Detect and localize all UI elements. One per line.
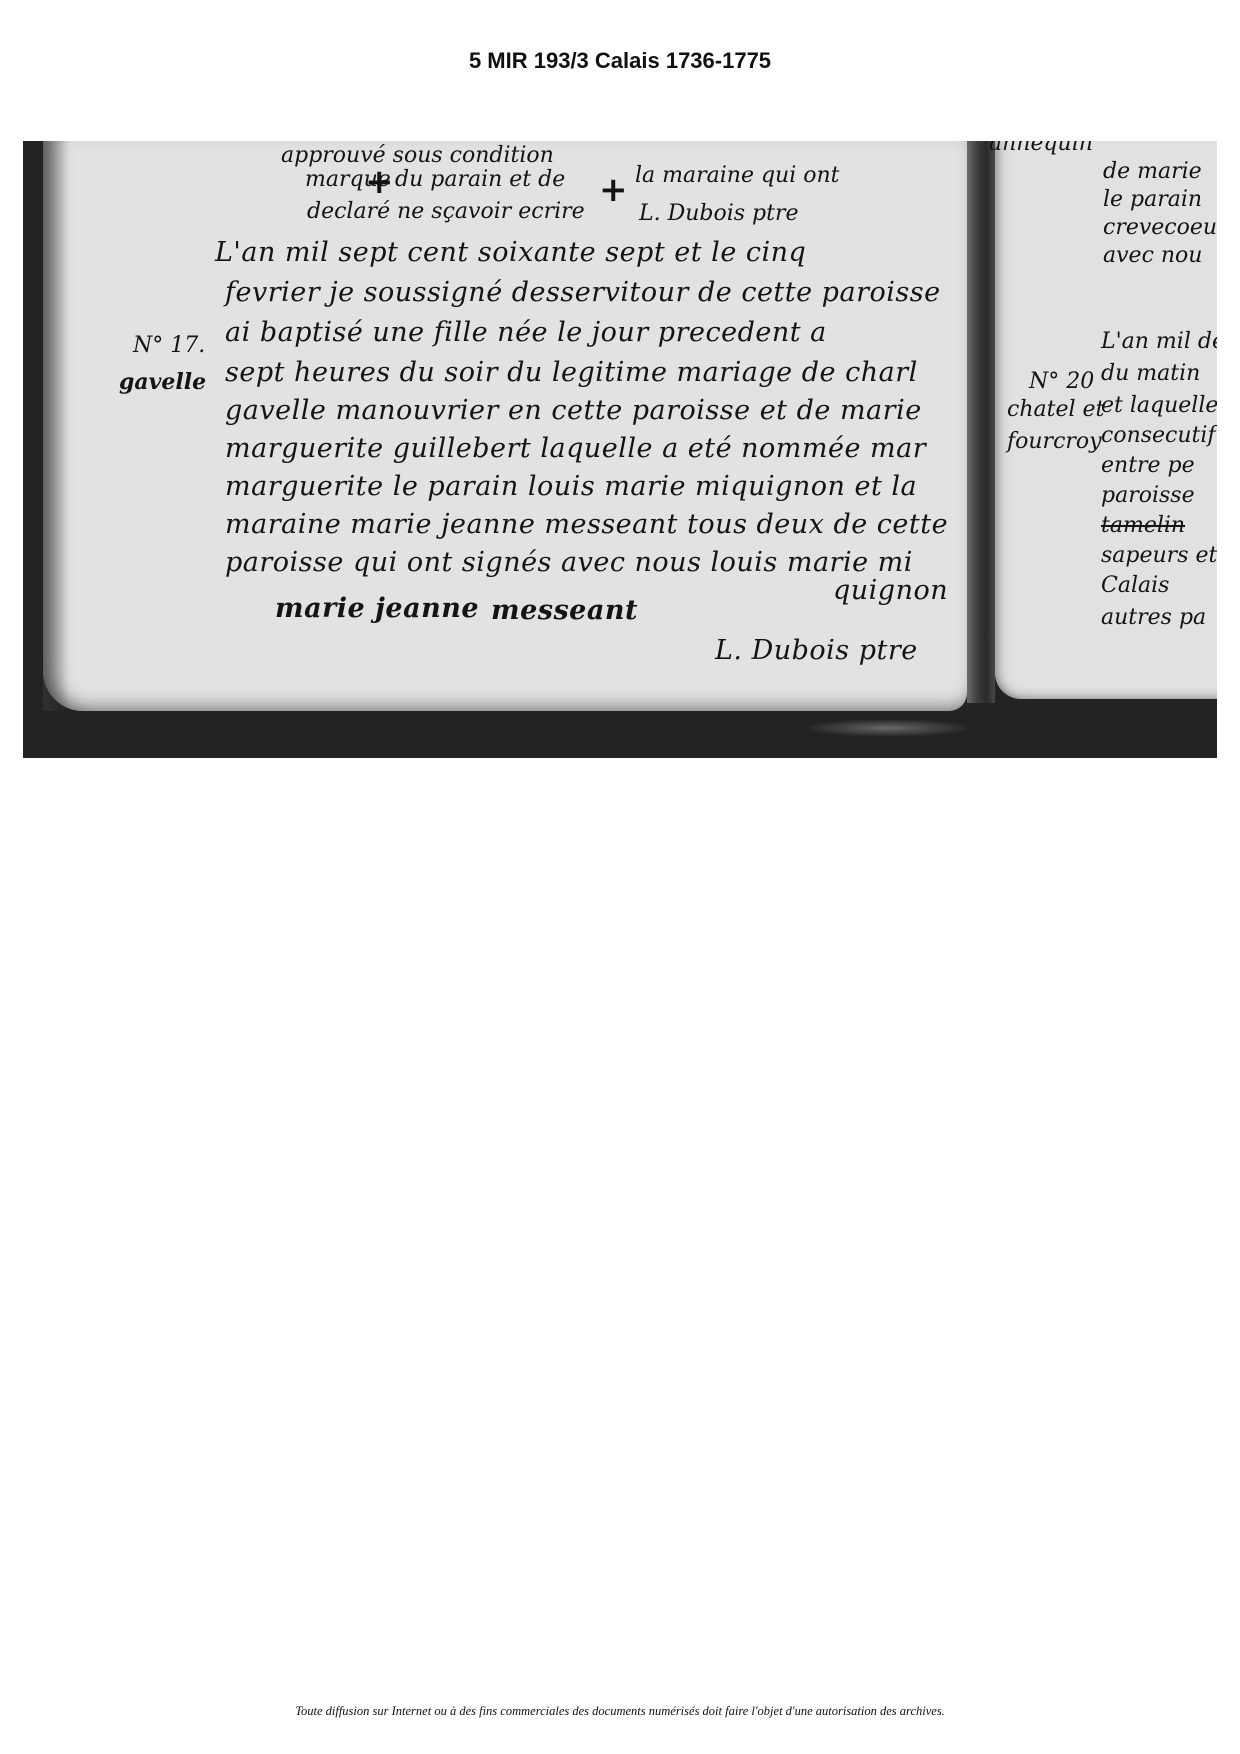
entry-line: marguerite le parain louis marie miquign… — [225, 473, 917, 500]
scan-smudge — [803, 719, 973, 737]
declared-line: declaré ne sçavoir ecrire — [307, 201, 585, 223]
margin-entry-number: N° 17. — [133, 335, 205, 357]
copyright-notice: Toute diffusion sur Internet ou à des fi… — [0, 1704, 1240, 1719]
priest-signature: L. Dubois ptre — [715, 637, 918, 664]
margin-family-name: gavelle — [119, 371, 206, 393]
godmother-cross-mark: + — [599, 173, 628, 207]
priest-signature-top: L. Dubois ptre — [639, 203, 799, 225]
right-entry-line: du matin — [1101, 363, 1200, 385]
right-entry-line: tamelin — [1101, 515, 1185, 537]
entry-line: gavelle manouvrier en cette paroisse et … — [225, 397, 922, 424]
right-entry-line: L'an mil de — [1101, 331, 1217, 353]
right-margin-entry-number: N° 20 — [1029, 371, 1094, 393]
entry-line: ai baptisé une fille née le jour precede… — [225, 319, 827, 346]
entry-line: L'an mil sept cent soixante sept et le c… — [215, 239, 806, 266]
right-entry-line: sapeurs et — [1101, 545, 1217, 567]
right-line: avec nou — [1103, 245, 1202, 267]
left-page: approuvé sous condition marque + du para… — [43, 141, 967, 711]
right-top-fragment: annequin — [989, 141, 1093, 155]
right-line: le parain — [1103, 189, 1202, 211]
document-title: 5 MIR 193/3 Calais 1736-1775 — [0, 48, 1240, 74]
right-margin-name: chatel et — [1007, 399, 1104, 421]
right-line: crevecoeur — [1103, 217, 1217, 239]
godmother-signature: marie jeanne — [275, 595, 479, 622]
entry-line: marguerite guillebert laquelle a eté nom… — [225, 435, 926, 462]
entry-line: paroisse qui ont signés avec nous louis … — [225, 549, 913, 576]
entry-line: quignon — [833, 577, 948, 604]
right-entry-line: consecutif — [1101, 425, 1216, 447]
godfather-line: du parain et de — [395, 169, 565, 191]
right-margin-name: fourcroy — [1007, 431, 1102, 453]
right-entry-line: et laquelle — [1101, 395, 1217, 417]
right-entry-line: Calais — [1101, 575, 1169, 597]
godmother-surname-signature: messeant — [491, 597, 638, 624]
entry-line: sept heures du soir du legitime mariage … — [225, 359, 918, 386]
right-entry-line: autres pa — [1101, 607, 1206, 629]
scanned-register-image: approuvé sous condition marque + du para… — [23, 141, 1217, 758]
book-gutter — [967, 141, 995, 703]
right-page: annequin de marie le parain crevecoeur a… — [995, 141, 1217, 699]
entry-line: fevrier je soussigné desservitour de cet… — [225, 279, 941, 306]
right-entry-line: entre pe — [1101, 455, 1195, 477]
godfather-cross-mark: + — [365, 165, 394, 199]
right-entry-line: paroisse — [1101, 485, 1195, 507]
approval-note: approuvé sous condition — [281, 145, 554, 167]
godmother-line: la maraine qui ont — [635, 165, 840, 187]
right-line: de marie — [1103, 161, 1202, 183]
entry-line: maraine marie jeanne messeant tous deux … — [225, 511, 948, 538]
